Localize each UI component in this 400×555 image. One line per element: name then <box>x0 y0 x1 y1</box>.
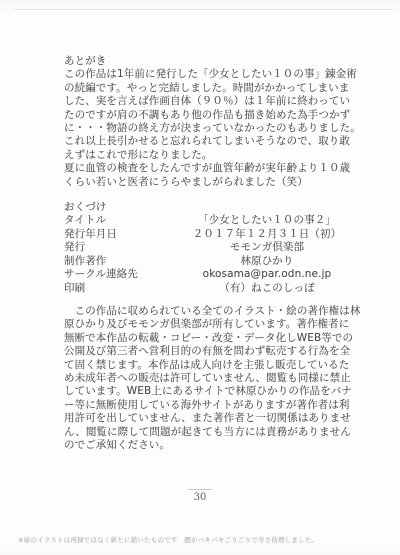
colophon-label-author: 制作著作 <box>64 255 192 268</box>
colophon-value-publisher: モモンガ倶楽部 <box>192 241 342 254</box>
colophon-label-publish-date: 発行年月日 <box>64 228 192 241</box>
copyright-line: め未成年者への販売は許可していません、閲覧も同様に禁止 <box>64 372 342 385</box>
copyright-line: 用許可を出していません、また著作者と一切関係はありませ <box>64 412 342 425</box>
copyright-line: 無断で本作品の転載・コピー・改変・データ化しWEB等での <box>64 332 342 345</box>
afterword-line: に・・・物語の終え方が決まっていなかったのもありました。 <box>64 122 342 135</box>
colophon-label-printer: 印刷 <box>64 282 192 295</box>
colophon-row: 印刷 （有）ねこのしっぽ <box>64 282 342 295</box>
colophon-heading: おくづけ <box>64 201 342 214</box>
colophon-value-circle-contact: okosama@par.odn.ne.jp <box>192 268 342 281</box>
afterword-line: の続編です。やっと完結しました。時間がかかってしまいま <box>64 82 342 95</box>
colophon-label-publisher: 発行 <box>64 241 192 254</box>
colophon-label-title: タイトル <box>64 214 192 227</box>
afterword-line: たのですが肩の不調もあり他の作品も描き始めた為手つかず <box>64 109 342 122</box>
scan-artifact-line <box>14 9 392 10</box>
copyright-line: て固く禁じます。本作品は成人向けを主張し販売しているた <box>64 359 342 372</box>
bottom-footnote: ※扉のイラストは再録ではなく新たに描いたものです 腰がバキバキごりごりで辛さ倍増… <box>18 536 388 544</box>
copyright-line: しています。WEB上にあるサイトで林原ひかりの作品をバナ <box>64 385 342 398</box>
afterword-line: これ以上長引かせると忘れられてしまいそうなので、取り敢 <box>64 135 342 148</box>
afterword-line: くらい若いと医者にうらやましがられました（笑） <box>64 176 342 189</box>
copyright-line: 公開及び第三者へ営利目的の有無を問わず転売する行為を全 <box>64 345 342 358</box>
afterword-section: あとがき この作品は1年前に発行した「少女としたい１０の事」錬金術 の続編です。… <box>64 55 342 189</box>
copyright-line: のでご承知ください。 <box>64 439 342 452</box>
afterword-line: した、実を言えば作画自体（９０％）は１年前に終わってい <box>64 95 342 108</box>
colophon-value-author: 林原ひかり <box>192 255 342 268</box>
page-number: 30 <box>188 489 213 503</box>
scanned-document-page: あとがき この作品は1年前に発行した「少女としたい１０の事」錬金術 の続編です。… <box>0 0 400 555</box>
colophon-label-circle-contact: サークル連絡先 <box>64 268 192 281</box>
page-number-area: 30 <box>0 485 400 504</box>
copyright-notice-section: この作品に収められている全てのイラスト・絵の著作権は林 原ひかり及びモモンガ倶楽… <box>64 305 342 452</box>
colophon-value-title: 「少女としたい１０の事２」 <box>192 214 342 227</box>
copyright-line: この作品に収められている全てのイラスト・絵の著作権は林 <box>64 305 342 318</box>
afterword-heading: あとがき <box>64 55 342 68</box>
copyright-line: ん、閲覧に際して問題が起きても当方には責務がありません <box>64 426 342 439</box>
page-content: あとがき この作品は1年前に発行した「少女としたい１０の事」錬金術 の続編です。… <box>64 55 342 452</box>
afterword-line: えずはこれで形になりました。 <box>64 149 342 162</box>
afterword-line: この作品は1年前に発行した「少女としたい１０の事」錬金術 <box>64 68 342 81</box>
copyright-line: ー等に無断使用している海外サイトがありますが著作者は利 <box>64 399 342 412</box>
colophon-row: 制作著作 林原ひかり <box>64 255 342 268</box>
colophon-row: タイトル 「少女としたい１０の事２」 <box>64 214 342 227</box>
colophon-section: おくづけ タイトル 「少女としたい１０の事２」 発行年月日 ２０１７年１２月３１… <box>64 201 342 295</box>
colophon-row: 発行 モモンガ倶楽部 <box>64 241 342 254</box>
colophon-row: サークル連絡先 okosama@par.odn.ne.jp <box>64 268 342 281</box>
copyright-line: 原ひかり及びモモンガ倶楽部が所有しています。著作権者に <box>64 318 342 331</box>
afterword-line: 夏に血管の検査をしたんですが血管年齢が実年齢より１０歳 <box>64 162 342 175</box>
colophon-value-printer: （有）ねこのしっぽ <box>192 282 342 295</box>
colophon-value-publish-date: ２０１７年１２月３１日（初） <box>192 228 342 241</box>
colophon-row: 発行年月日 ２０１７年１２月３１日（初） <box>64 228 342 241</box>
